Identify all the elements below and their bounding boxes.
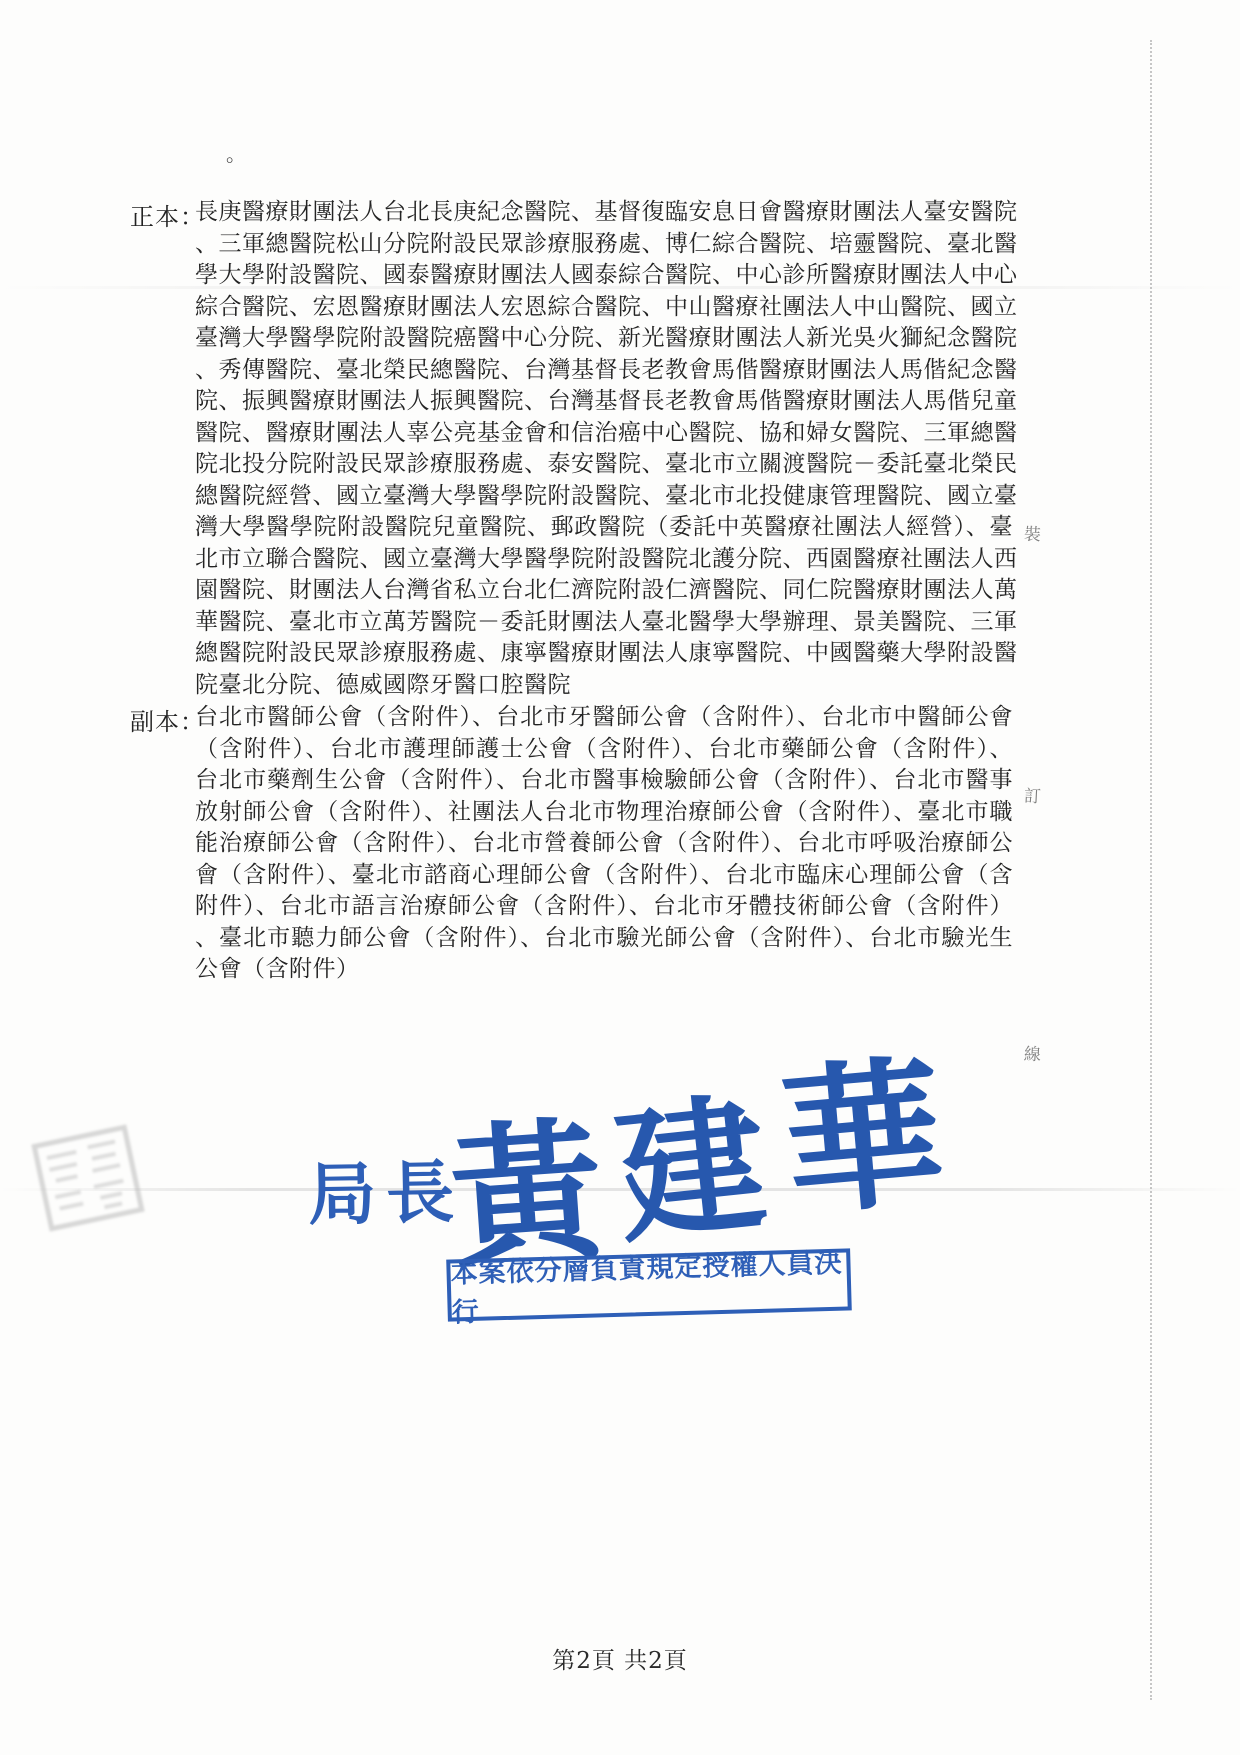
binding-mark-zhuang: 裝 <box>1023 520 1041 546</box>
recipients-line: 院北投分院附設民眾診療服務處、泰安醫院、臺北市立關渡醫院－委託臺北榮民 <box>195 449 1013 481</box>
scanned-official-letter-page: 。 正本： 長庚醫療財團法人台北長庚紀念醫院、基督復臨安息日會醫療財團法人臺安醫… <box>0 0 1240 1755</box>
recipients-line: 灣大學醫學院附設醫院兒童醫院、郵政醫院（委託中英醫療社團法人經營）、臺 <box>195 512 1013 544</box>
cc-line: （含附件）、台北市護理師護士公會（含附件）、台北市藥師公會（含附件）、 <box>195 734 1013 766</box>
recipients-line: 綜合醫院、宏恩醫療財團法人宏恩綜合醫院、中山醫療社團法人中山醫院、國立 <box>195 292 1013 324</box>
recipients-line: 總醫院經營、國立臺灣大學醫學院附設醫院、臺北市北投健康管理醫院、國立臺 <box>195 481 1013 513</box>
recipients-line: 、秀傳醫院、臺北榮民總醫院、台灣基督長老教會馬偕醫療財團法人馬偕紀念醫 <box>195 355 1013 387</box>
director-general-signature: 黃建華 <box>450 1018 942 1248</box>
authorization-stamp: 本案依分層負責規定授權人員決行 <box>446 1248 852 1321</box>
recipients-line: 北市立聯合醫院、國立臺灣大學醫學院附設醫院北護分院、西園醫療社團法人西 <box>195 544 1013 576</box>
cc-line: 、臺北市聽力師公會（含附件）、台北市驗光師公會（含附件）、台北市驗光生 <box>195 923 1013 955</box>
binding-mark-xian: 線 <box>1023 1040 1041 1066</box>
recipients-lines: 長庚醫療財團法人台北長庚紀念醫院、基督復臨安息日會醫療財團法人臺安醫院 、三軍總… <box>195 197 1013 701</box>
cc-line: 台北市醫師公會（含附件）、台北市牙醫師公會（含附件）、台北市中醫師公會 <box>195 702 1013 734</box>
recipients-line: 學大學附設醫院、國泰醫療財團法人國泰綜合醫院、中心診所醫療財團法人中心 <box>195 260 1013 292</box>
binding-dotted-line <box>1150 40 1152 1700</box>
recipients-line: 院、振興醫療財團法人振興醫院、台灣基督長老教會馬偕醫療財團法人馬偕兒童 <box>195 386 1013 418</box>
recipients-line: 院臺北分院、德威國際牙醫口腔醫院 <box>195 670 1013 702</box>
cc-line: 放射師公會（含附件）、社團法人台北市物理治療師公會（含附件）、臺北市職 <box>195 797 1013 829</box>
cc-label: 副本： <box>130 702 205 737</box>
recipients-line: 華醫院、臺北市立萬芳醫院－委託財團法人臺北醫學大學辦理、景美醫院、三軍 <box>195 607 1013 639</box>
recipients-line: 、三軍總醫院松山分院附設民眾診療服務處、博仁綜合醫院、培靈醫院、臺北醫 <box>195 229 1013 261</box>
page-number-footer: 第2頁 共2頁 <box>0 1642 1240 1675</box>
cc-line: 附件）、台北市語言治療師公會（含附件）、台北市牙體技術師公會（含附件） <box>195 891 1013 923</box>
recipients-line: 總醫院附設民眾診療服務處、康寧醫療財團法人康寧醫院、中國醫藥大學附設醫 <box>195 638 1013 670</box>
binding-mark-ding: 訂 <box>1023 782 1041 808</box>
cc-line: 能治療師公會（含附件）、台北市營養師公會（含附件）、台北市呼吸治療師公 <box>195 828 1013 860</box>
recipients-line: 臺灣大學醫學院附設醫院癌醫中心分院、新光醫療財團法人新光吳火獅紀念醫院 <box>195 323 1013 355</box>
recipients-line: 長庚醫療財團法人台北長庚紀念醫院、基督復臨安息日會醫療財團法人臺安醫院 <box>195 197 1013 229</box>
cc-line: 公會（含附件） <box>195 954 1013 986</box>
recipients-label: 正本： <box>130 197 205 232</box>
cc-line: 台北市藥劑生公會（含附件）、台北市醫事檢驗師公會（含附件）、台北市醫事 <box>195 765 1013 797</box>
recipients-line: 園醫院、財團法人台灣省私立台北仁濟院附設仁濟醫院、同仁院醫療財團法人萬 <box>195 575 1013 607</box>
cc-line: 會（含附件）、臺北市諮商心理師公會（含附件）、台北市臨床心理師公會（含 <box>195 860 1013 892</box>
recipients-line: 醫院、醫療財團法人辜公亮基金會和信治癌中心醫院、協和婦女醫院、三軍總醫 <box>195 418 1013 450</box>
stray-punctuation-mark: 。 <box>226 138 246 167</box>
faded-seal-stamp-icon <box>30 1123 147 1234</box>
cc-lines: 台北市醫師公會（含附件）、台北市牙醫師公會（含附件）、台北市中醫師公會 （含附件… <box>195 702 1013 986</box>
director-general-title: 局長 <box>307 1139 465 1239</box>
